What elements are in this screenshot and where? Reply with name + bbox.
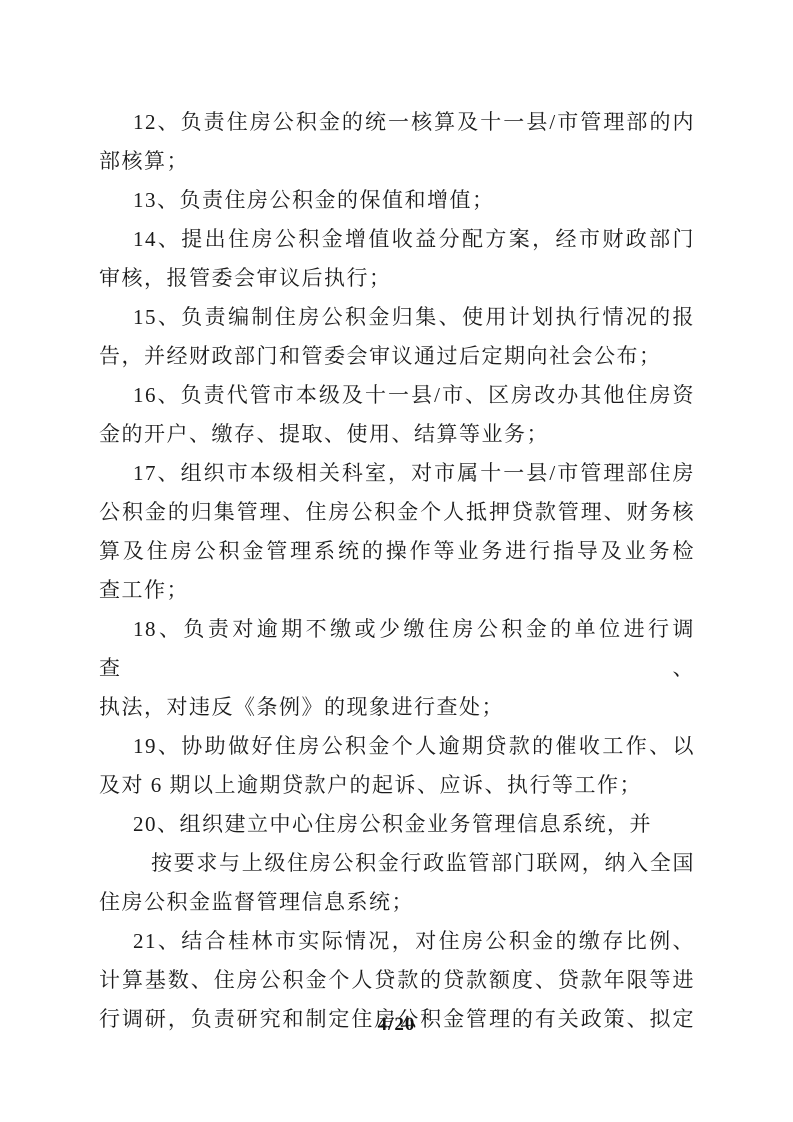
paragraph-line: 19、协助做好住房公积金个人逾期贷款的催收工作、以 bbox=[99, 727, 695, 766]
paragraph-line: 部核算； bbox=[99, 142, 695, 181]
paragraph-line: 16、负责代管市本级及十一县/市、区房改办其他住房资 bbox=[99, 376, 695, 415]
document-page: 12、负责住房公积金的统一核算及十一县/市管理部的内 部核算； 13、负责住房公… bbox=[0, 0, 793, 1122]
page-footer: 4/20 bbox=[0, 1014, 793, 1036]
paragraph-line: 告，并经财政部门和管委会审议通过后定期向社会公布； bbox=[99, 337, 695, 376]
paragraph-line: 21、结合桂林市实际情况，对住房公积金的缴存比例、 bbox=[99, 922, 695, 961]
paragraph-line: 15、负责编制住房公积金归集、使用计划执行情况的报 bbox=[99, 298, 695, 337]
paragraph-line: 13、负责住房公积金的保值和增值； bbox=[99, 181, 695, 220]
paragraph-line: 18、负责对逾期不缴或少缴住房公积金的单位进行调查、 bbox=[99, 610, 695, 688]
paragraph-line: 计算基数、住房公积金个人贷款的贷款额度、贷款年限等进 bbox=[99, 961, 695, 1000]
paragraph-line: 17、组织市本级相关科室，对市属十一县/市管理部住房 bbox=[99, 454, 695, 493]
page-number: 4/20 bbox=[378, 1014, 416, 1035]
paragraph-line: 及对 6 期以上逾期贷款户的起诉、应诉、执行等工作； bbox=[99, 766, 695, 805]
paragraph-line: 算及住房公积金管理系统的操作等业务进行指导及业务检 bbox=[99, 532, 695, 571]
document-body: 12、负责住房公积金的统一核算及十一县/市管理部的内 部核算； 13、负责住房公… bbox=[99, 103, 695, 1039]
paragraph-line: 执法，对违反《条例》的现象进行查处； bbox=[99, 688, 695, 727]
paragraph-line: 14、提出住房公积金增值收益分配方案，经市财政部门 bbox=[99, 220, 695, 259]
paragraph-line: 12、负责住房公积金的统一核算及十一县/市管理部的内 bbox=[99, 103, 695, 142]
paragraph-line: 按要求与上级住房公积金行政监管部门联网，纳入全国 bbox=[99, 844, 695, 883]
paragraph-line: 审核，报管委会审议后执行； bbox=[99, 259, 695, 298]
paragraph-line: 20、组织建立中心住房公积金业务管理信息系统，并 bbox=[99, 805, 695, 844]
paragraph-line: 住房公积金监督管理信息系统； bbox=[99, 883, 695, 922]
paragraph-line: 公积金的归集管理、住房公积金个人抵押贷款管理、财务核 bbox=[99, 493, 695, 532]
paragraph-line: 查工作； bbox=[99, 571, 695, 610]
paragraph-line: 金的开户、缴存、提取、使用、结算等业务； bbox=[99, 415, 695, 454]
